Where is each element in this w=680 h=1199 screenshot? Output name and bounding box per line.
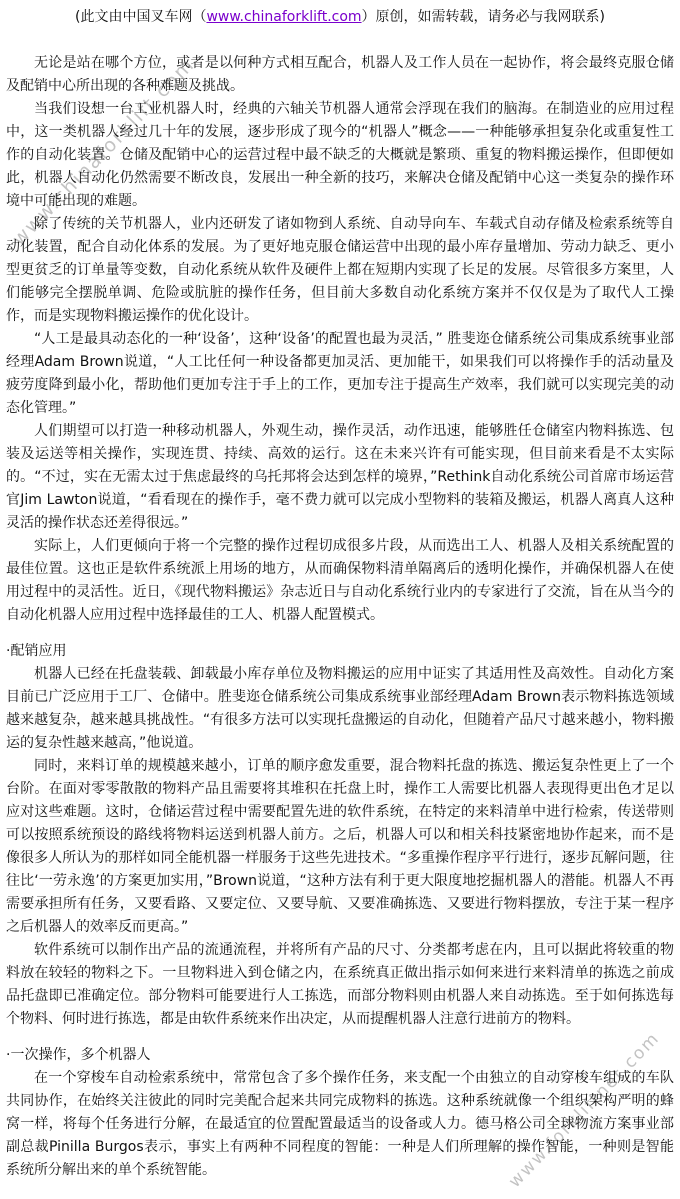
article-content: (此文由中国叉车网（www.chinaforklift.com）原创，如需转载，… [0, 8, 680, 1182]
source-link[interactable]: www.chinaforklift.com [206, 9, 361, 25]
paragraph-robot-concept: 当我们设想一台工业机器人时，经典的六轴关节机器人通常会浮现在我们的脑海。在制造业… [6, 98, 674, 213]
attribution-prefix: (此文由中国叉车网（ [75, 9, 206, 25]
paragraph-process-segmentation: 实际上，人们更倾向于将一个完整的操作过程切成很多片段，从而选出工人、机器人及相关… [6, 535, 674, 627]
paragraph-adam-brown-quote: “人工是最具动态化的一种‘设备’，这种‘设备’的配置也最为灵活，” 胜斐迩仓储系… [6, 328, 674, 420]
paragraph-intro: 无论是站在哪个方位，或者是以何种方式相互配合，机器人及工作人员在一起协作，将会最… [6, 52, 674, 98]
section-heading-multi-robot: ·一次操作，多个机器人 [6, 1044, 674, 1067]
paragraph-automation-development: 除了传统的关节机器人，业内还研发了诸如物到人系统、自动导向车、车载式自动存储及检… [6, 213, 674, 328]
paragraph-mixed-pallet-complexity: 同时，来料订单的规模越来越小，订单的顺序愈发重要，混合物料托盘的拣选、搬运复杂性… [6, 755, 674, 939]
paragraph-shuttle-system: 在一个穿梭车自动检索系统中，常常包含了多个操作任务，来支配一个由独立的自动穿梭车… [6, 1067, 674, 1182]
section-heading-distribution: ·配销应用 [6, 640, 674, 663]
attribution-suffix: ）原创，如需转载，请务必与我网联系) [362, 9, 605, 25]
paragraph-palletizing: 机器人已经在托盘装载、卸载最小库存单位及物料搬运的应用中证实了其适用性及高效性。… [6, 663, 674, 755]
source-attribution: (此文由中国叉车网（www.chinaforklift.com）原创，如需转载，… [6, 8, 674, 26]
article-page: www.chinaforklift.com www.forkliftnet.co… [0, 0, 680, 1199]
paragraph-mobile-robot-expectation: 人们期望可以打造一种移动机器人，外观生动，操作灵活，动作迅速，能够胜任仓储室内物… [6, 420, 674, 535]
paragraph-software-flow: 软件系统可以制作出产品的流通流程，并将所有产品的尺寸、分类都考虑在内，且可以据此… [6, 939, 674, 1031]
